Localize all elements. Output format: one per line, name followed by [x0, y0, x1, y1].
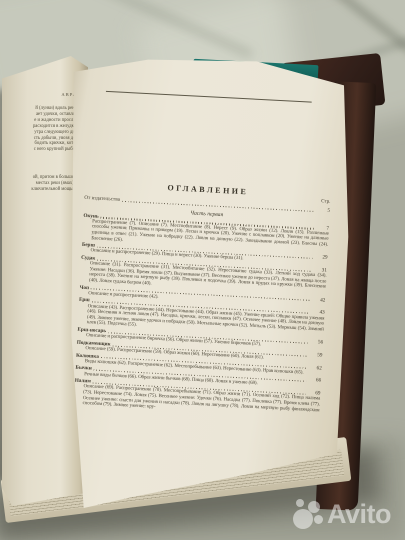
toc-section-page: 56 — [310, 339, 323, 346]
left-page-running-head: АВРА — [2, 92, 77, 97]
toc-section-title: Чоп — [79, 284, 89, 291]
toc-title: ОГЛАВЛЕНИЕ — [167, 183, 248, 196]
toc-section-page: 42 — [312, 296, 325, 303]
avito-logo-circle — [314, 515, 323, 524]
avito-logo-icon — [293, 498, 324, 531]
toc-section-title: Окунь — [83, 212, 99, 219]
contents-page-content: ОГЛАВЛЕНИЕ Стр. От издательства 5 Часть … — [73, 90, 335, 419]
avito-watermark-text: Avito — [327, 498, 391, 531]
toc-section-title: Ерш — [79, 297, 90, 304]
toc-section-page: 29 — [314, 254, 327, 261]
toc-section-title: Бычки — [75, 365, 92, 372]
page-column-label: Стр. — [321, 199, 331, 204]
front-matter-title: От издательства — [84, 195, 120, 203]
avito-logo-circle — [308, 501, 320, 513]
toc-section-page: 59 — [309, 352, 322, 359]
header-rule — [106, 91, 312, 103]
toc-section-page: 62 — [309, 364, 322, 371]
left-page-text-fragment: ключительной мощью. — [2, 187, 77, 193]
contents-page: ОГЛАВЛЕНИЕ Стр. От издательства 5 Часть … — [68, 56, 354, 508]
avito-logo-circle — [296, 499, 304, 507]
avito-watermark: Avito — [293, 498, 391, 531]
toc-section-page: 66 — [308, 377, 321, 384]
book-photo-scene: АВРА й (лунки) вдоль реки ает удочки, ос… — [0, 0, 405, 540]
front-matter-page: 5 — [317, 207, 330, 214]
